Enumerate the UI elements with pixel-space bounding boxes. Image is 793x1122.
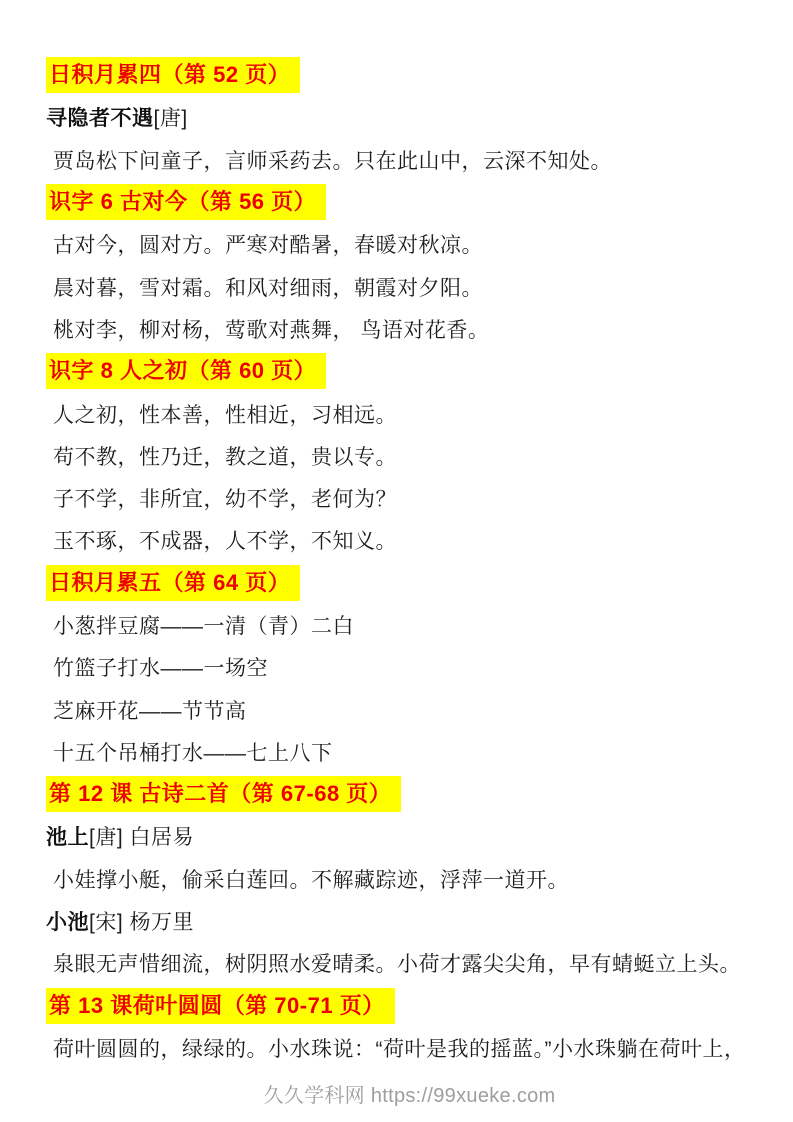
section-header: 识字 6 古对今（第 56 页） <box>46 181 773 223</box>
text-line: 子不学，非所宜，幼不学，老何为？ <box>46 477 773 519</box>
poem-author: [宋] 杨万里 <box>89 906 194 936</box>
document-content: 日积月累四（第 52 页）寻隐者不遇[唐]贾岛松下问童子，言师采药去。只在此山中… <box>46 54 773 1069</box>
poem-title: 池上 <box>46 821 89 851</box>
text-line: 玉不琢，不成器，人不学，不知义。 <box>46 519 773 561</box>
text-line: 荷叶圆圆的，绿绿的。小水珠说：“荷叶是我的摇蓝。”小水珠躺在荷叶上， <box>46 1027 773 1069</box>
poem-author: [唐] 白居易 <box>89 821 194 851</box>
section-header: 识字 8 人之初（第 60 页） <box>46 350 773 392</box>
poem-title: 小池 <box>46 906 89 936</box>
text-line: 晨对暮，雪对霜。和风对细雨，朝霞对夕阳。 <box>46 265 773 307</box>
poem-title-line: 池上[唐] 白居易 <box>46 815 773 857</box>
section-header: 第 12 课 古诗二首（第 67-68 页） <box>46 773 773 815</box>
text-line: 人之初，性本善，性相近，习相远。 <box>46 392 773 434</box>
text-line: 苟不教，性乃迁，教之道，贵以专。 <box>46 435 773 477</box>
section-header-text: 识字 6 古对今（第 56 页） <box>46 184 326 220</box>
text-line: 桃对李，柳对杨，莺歌对燕舞， 鸟语对花香。 <box>46 308 773 350</box>
section-header-text: 日积月累五（第 64 页） <box>46 565 300 601</box>
section-header-text: 第 12 课 古诗二首（第 67-68 页） <box>46 776 401 812</box>
poem-title-line: 小池[宋] 杨万里 <box>46 900 773 942</box>
document-page: 日积月累四（第 52 页）寻隐者不遇[唐]贾岛松下问童子，言师采药去。只在此山中… <box>0 0 793 1122</box>
text-line: 小葱拌豆腐——一清（青）二白 <box>46 604 773 646</box>
text-line: 竹篮子打水——一场空 <box>46 646 773 688</box>
text-line: 小娃撑小艇，偷采白莲回。不解藏踪迹，浮萍一道开。 <box>46 858 773 900</box>
section-header-text: 第 13 课荷叶圆圆（第 70-71 页） <box>46 988 395 1024</box>
section-header: 第 13 课荷叶圆圆（第 70-71 页） <box>46 985 773 1027</box>
poem-title-line: 寻隐者不遇[唐] <box>46 96 773 138</box>
section-header-text: 识字 8 人之初（第 60 页） <box>46 353 326 389</box>
section-header-text: 日积月累四（第 52 页） <box>46 57 300 93</box>
poem-author: [唐] <box>154 102 188 132</box>
text-line: 泉眼无声惜细流，树阴照水爱晴柔。小荷才露尖尖角，早有蜻蜓立上头。 <box>46 942 773 984</box>
poem-title: 寻隐者不遇 <box>46 102 154 132</box>
section-header: 日积月累五（第 64 页） <box>46 562 773 604</box>
text-line: 贾岛松下问童子，言师采药去。只在此山中，云深不知处。 <box>46 139 773 181</box>
section-header: 日积月累四（第 52 页） <box>46 54 773 96</box>
text-line: 芝麻开花——节节高 <box>46 688 773 730</box>
text-line: 古对今，圆对方。严寒对酷暑，春暖对秋凉。 <box>46 223 773 265</box>
text-line: 十五个吊桶打水——七上八下 <box>46 731 773 773</box>
footer-watermark: 久久学科网 https://99xueke.com <box>46 1079 773 1108</box>
